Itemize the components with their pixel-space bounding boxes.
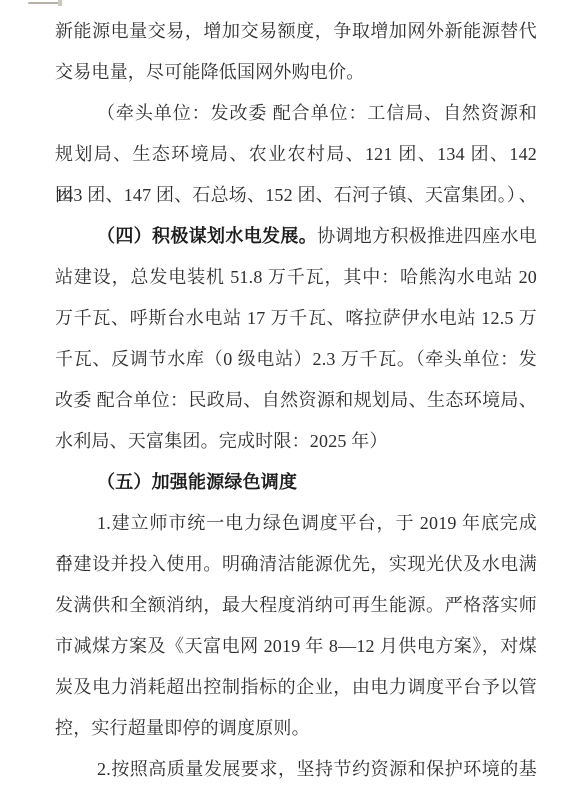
document-line: 2.按照高质量发展要求，坚持节约资源和保护环境的基: [55, 749, 537, 790]
document-line: 143 团、147 团、石总场、152 团、石河子镇、天富集团。）: [55, 175, 537, 216]
text-run: 万千瓦、呼斯台水电站 17 万千瓦、喀拉萨伊水电站 12.5 万: [55, 308, 537, 328]
document-line: 千瓦、反调节水库（0 级电站）2.3 万千瓦。（牵头单位：发: [55, 339, 537, 380]
text-run: 交易电量，尽可能降低国网外购电价。: [55, 62, 364, 82]
page-top-artifact: [28, 2, 59, 4]
document-line: 市减煤方案及《天富电网 2019 年 8—12 月供电方案》，对煤: [55, 626, 537, 667]
document-line: （牵头单位：发改委 配合单位：工信局、自然资源和: [55, 93, 537, 134]
text-run: 改委 配合单位：民政局、自然资源和规划局、生态环境局、: [55, 390, 537, 410]
text-run: 协调地方积极推进四座水电: [317, 226, 537, 246]
document-line: 交易电量，尽可能降低国网外购电价。: [55, 52, 537, 93]
document-line: 新能源电量交易，增加交易额度，争取增加网外新能源替代: [55, 11, 537, 52]
document-line: 发满供和全额消纳，最大程度消纳可再生能源。严格落实师: [55, 585, 537, 626]
text-run: 发满供和全额消纳，最大程度消纳可再生能源。严格落实师: [55, 595, 537, 615]
text-run: 2.按照高质量发展要求，坚持节约资源和保护环境的基: [97, 759, 537, 779]
document-page: 新能源电量交易，增加交易额度，争取增加网外新能源替代交易电量，尽可能降低国网外购…: [0, 0, 588, 799]
text-run: 控，实行超量即停的调度原则。: [55, 718, 310, 738]
text-run: 台建设并投入使用。明确清洁能源优先，实现光伏及水电满: [55, 554, 537, 574]
document-line: （四）积极谋划水电发展。协调地方积极推进四座水电: [55, 216, 537, 257]
document-line: 台建设并投入使用。明确清洁能源优先，实现光伏及水电满: [55, 544, 537, 585]
document-line: 改委 配合单位：民政局、自然资源和规划局、生态环境局、: [55, 380, 537, 421]
text-run: （牵头单位：发改委 配合单位：工信局、自然资源和: [97, 103, 537, 123]
document-text: 新能源电量交易，增加交易额度，争取增加网外新能源替代交易电量，尽可能降低国网外购…: [55, 11, 537, 790]
heading-run: （四）积极谋划水电发展。: [97, 226, 317, 246]
document-line: 水利局、天富集团。完成时限：2025 年）: [55, 421, 537, 462]
heading-run: （五）加强能源绿色调度: [97, 472, 297, 492]
text-run: 新能源电量交易，增加交易额度，争取增加网外新能源替代: [55, 21, 537, 41]
text-run: 143 团、147 团、石总场、152 团、石河子镇、天富集团。）: [55, 185, 525, 205]
text-run: 站建设，总发电装机 51.8 万千瓦，其中：哈熊沟水电站 20: [55, 267, 537, 287]
document-line: 站建设，总发电装机 51.8 万千瓦，其中：哈熊沟水电站 20: [55, 257, 537, 298]
document-line: 万千瓦、呼斯台水电站 17 万千瓦、喀拉萨伊水电站 12.5 万: [55, 298, 537, 339]
document-line: 规划局、生态环境局、农业农村局、121 团、134 团、142 团、: [55, 134, 537, 175]
document-line: 1.建立师市统一电力绿色调度平台，于 2019 年底完成平: [55, 503, 537, 544]
document-line: （五）加强能源绿色调度: [55, 462, 537, 503]
document-line: 控，实行超量即停的调度原则。: [55, 708, 537, 749]
text-run: 千瓦、反调节水库（0 级电站）2.3 万千瓦。（牵头单位：发: [55, 349, 537, 369]
document-line: 炭及电力消耗超出控制指标的企业，由电力调度平台予以管: [55, 667, 537, 708]
page-top-artifact-dot: [58, 0, 62, 6]
text-run: 炭及电力消耗超出控制指标的企业，由电力调度平台予以管: [55, 677, 537, 697]
text-run: 水利局、天富集团。完成时限：2025 年）: [55, 431, 388, 451]
text-run: 市减煤方案及《天富电网 2019 年 8—12 月供电方案》，对煤: [55, 636, 537, 656]
